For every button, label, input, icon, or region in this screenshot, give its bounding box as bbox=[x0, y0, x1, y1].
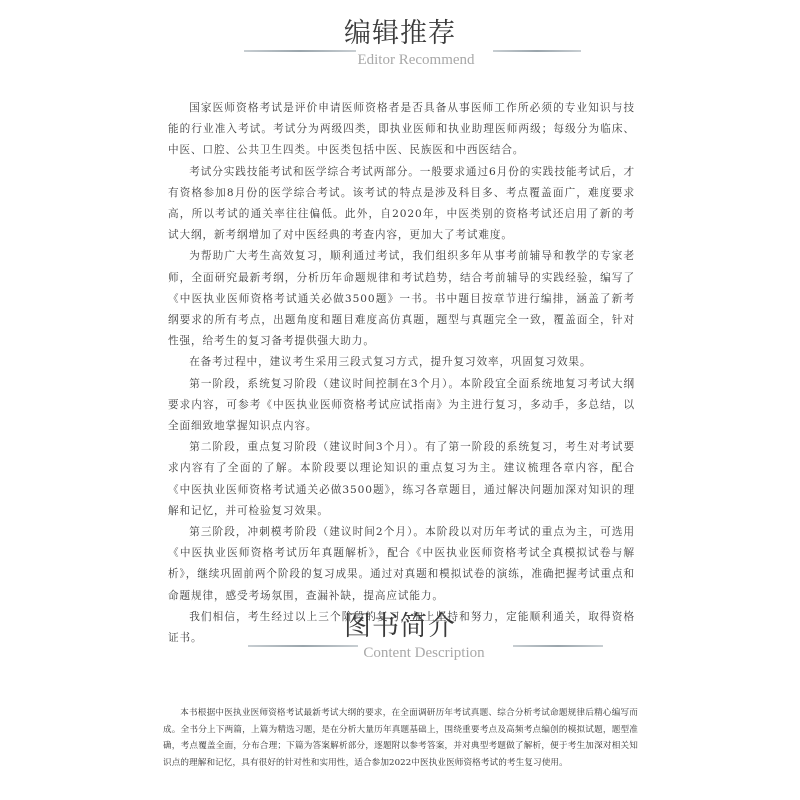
editor-recommend-heading: 编辑推荐 Editor Recommend bbox=[0, 17, 800, 69]
editor-recommend-body: 国家医师资格考试是评价申请医师资格者是否具备从事医师工作所必须的专业知识与技能的… bbox=[168, 98, 635, 649]
paragraph: 考试分实践技能考试和医学综合考试两部分。一般要求通过6月份的实践技能考试后，才有… bbox=[168, 162, 635, 247]
paragraph: 第一阶段，系统复习阶段（建议时间控制在3个月）。本阶段宜全面系统地复习考试大纲要… bbox=[168, 374, 635, 438]
editor-recommend-subtitle: Editor Recommend bbox=[32, 51, 800, 69]
content-description-title: 图书简介 bbox=[0, 610, 800, 644]
paragraph: 第二阶段，重点复习阶段（建议时间3个月）。有了第一阶段的系统复习，考生对考试要求… bbox=[168, 437, 635, 522]
paragraph: 为帮助广大考生高效复习，顺利通过考试，我们组织多年从事考前辅导和教学的专家老师，… bbox=[168, 246, 635, 352]
content-description-body: 本书根据中医执业医师资格考试最新考试大纲的要求，在全面调研历年考试真题、综合分析… bbox=[163, 705, 638, 771]
paragraph: 第三阶段，冲刺模考阶段（建议时间2个月）。本阶段以对历年考试的重点为主，可选用《… bbox=[168, 522, 635, 607]
paragraph: 在备考过程中，建议考生采用三段式复习方式，提升复习效率，巩固复习效果。 bbox=[168, 352, 635, 373]
editor-recommend-title: 编辑推荐 bbox=[0, 17, 800, 51]
content-description-heading: 图书简介 Content Description bbox=[0, 610, 800, 662]
paragraph: 国家医师资格考试是评价申请医师资格者是否具备从事医师工作所必须的专业知识与技能的… bbox=[168, 98, 635, 162]
paragraph: 本书根据中医执业医师资格考试最新考试大纲的要求，在全面调研历年考试真题、综合分析… bbox=[163, 705, 638, 771]
content-description-subtitle: Content Description bbox=[48, 644, 800, 662]
